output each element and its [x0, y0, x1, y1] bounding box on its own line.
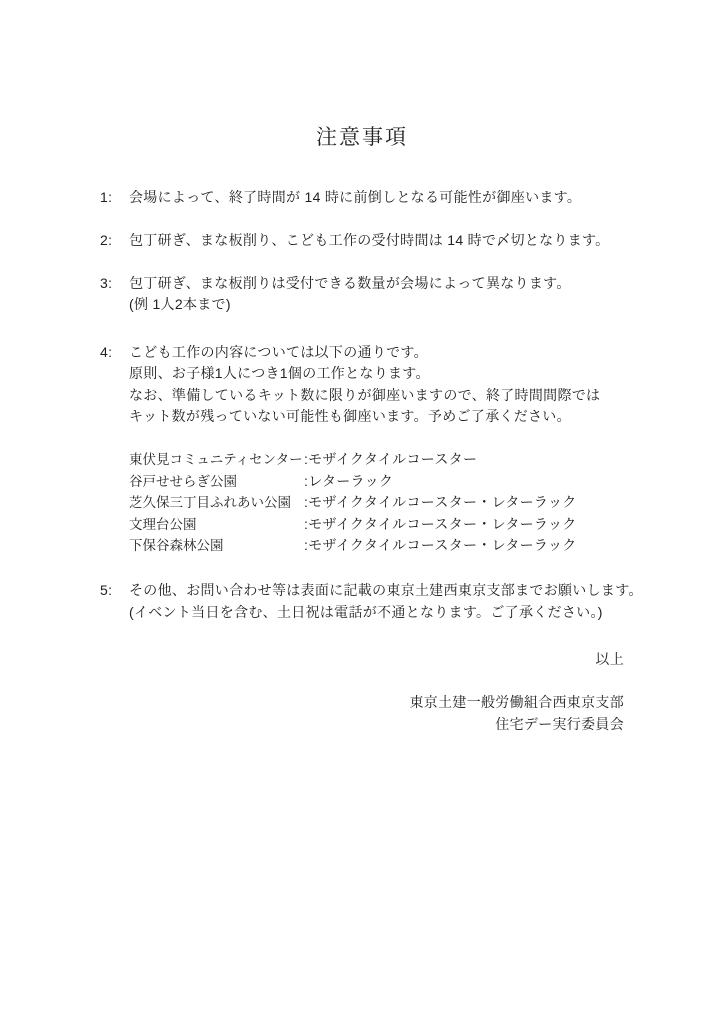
- signature-block: 東京土建一般労働組合西東京支部 住宅デー実行委員会: [410, 691, 625, 735]
- item-3-number: 3:: [100, 272, 129, 294]
- item-3-text: 包丁研ぎ、まな板削りは受付できる数量が会場によって異なります。: [129, 275, 571, 291]
- signature-organization: 東京土建一般労働組合西東京支部: [410, 691, 625, 713]
- item-1-number: 1:: [100, 186, 129, 208]
- signature-committee: 住宅デー実行委員会: [410, 713, 625, 735]
- venue-craft: モザイクタイルコースター・レターラック: [308, 514, 576, 536]
- notice-item-2: 2:包丁研ぎ、まな板削り、こども工作の受付時間は 14 時で〆切となります。: [100, 229, 609, 251]
- venue-row: 下保谷森林公園:モザイクタイルコースター・レターラック: [129, 535, 577, 557]
- page-title: 注意事項: [0, 124, 724, 152]
- item-1-text: 会場によって、終了時間が 14 時に前倒しとなる可能性が御座います。: [129, 189, 581, 205]
- item-3-example: (例 1人2本まで): [129, 293, 231, 315]
- item-4-text: こども工作の内容については以下の通りです。: [129, 344, 428, 360]
- item-5-number: 5:: [100, 579, 129, 601]
- venue-craft: レターラック: [308, 471, 393, 493]
- venue-craft: モザイクタイルコースター・レターラック: [308, 492, 576, 514]
- venue-name: 芝久保三丁目ふれあい公園: [129, 492, 304, 514]
- item-4-line-3: なお、準備しているキット数に限りが御座いますので、終了時間間際では: [129, 385, 600, 407]
- closing-ijou: 以上: [595, 648, 624, 670]
- notice-page: 注意事項 1:会場によって、終了時間が 14 時に前倒しとなる可能性が御座います…: [0, 0, 724, 1024]
- venue-craft-list: 東伏見コミュニティセンター:モザイクタイルコースター 谷戸せせらぎ公園:レターラ…: [129, 449, 577, 557]
- item-4-line-2: 原則、お子様1人につき1個の工作となります。: [129, 363, 600, 385]
- notice-item-5: 5:その他、お問い合わせ等は表面に記載の東京土建西東京支部までお願いします。: [100, 579, 643, 601]
- venue-name: 東伏見コミュニティセンター: [129, 449, 304, 471]
- venue-row: 谷戸せせらぎ公園:レターラック: [129, 471, 577, 493]
- venue-name: 文理台公園: [129, 514, 304, 536]
- venue-craft: モザイクタイルコースター・レターラック: [308, 535, 576, 557]
- venue-name: 谷戸せせらぎ公園: [129, 471, 304, 493]
- item-5-note: (イベント当日を含む、土日祝は電話が不通となります。ご了承ください。): [129, 601, 603, 623]
- notice-item-3: 3:包丁研ぎ、まな板削りは受付できる数量が会場によって異なります。: [100, 272, 571, 294]
- item-5-text: その他、お問い合わせ等は表面に記載の東京土建西東京支部までお願いします。: [129, 582, 643, 598]
- item-4-number: 4:: [100, 341, 129, 363]
- venue-craft: モザイクタイルコースター: [308, 449, 477, 471]
- notice-item-4: 4:こども工作の内容については以下の通りです。: [100, 341, 428, 363]
- item-2-text: 包丁研ぎ、まな板削り、こども工作の受付時間は 14 時で〆切となります。: [129, 232, 609, 248]
- item-2-number: 2:: [100, 229, 129, 251]
- notice-item-1: 1:会場によって、終了時間が 14 時に前倒しとなる可能性が御座います。: [100, 186, 581, 208]
- venue-row: 東伏見コミュニティセンター:モザイクタイルコースター: [129, 449, 577, 471]
- item-4-line-4: キット数が残っていない可能性も御座います。予めご了承ください。: [129, 406, 600, 428]
- item-4-details: 原則、お子様1人につき1個の工作となります。 なお、準備しているキット数に限りが…: [129, 363, 600, 428]
- venue-row: 芝久保三丁目ふれあい公園:モザイクタイルコースター・レターラック: [129, 492, 577, 514]
- venue-name: 下保谷森林公園: [129, 535, 304, 557]
- venue-row: 文理台公園:モザイクタイルコースター・レターラック: [129, 514, 577, 536]
